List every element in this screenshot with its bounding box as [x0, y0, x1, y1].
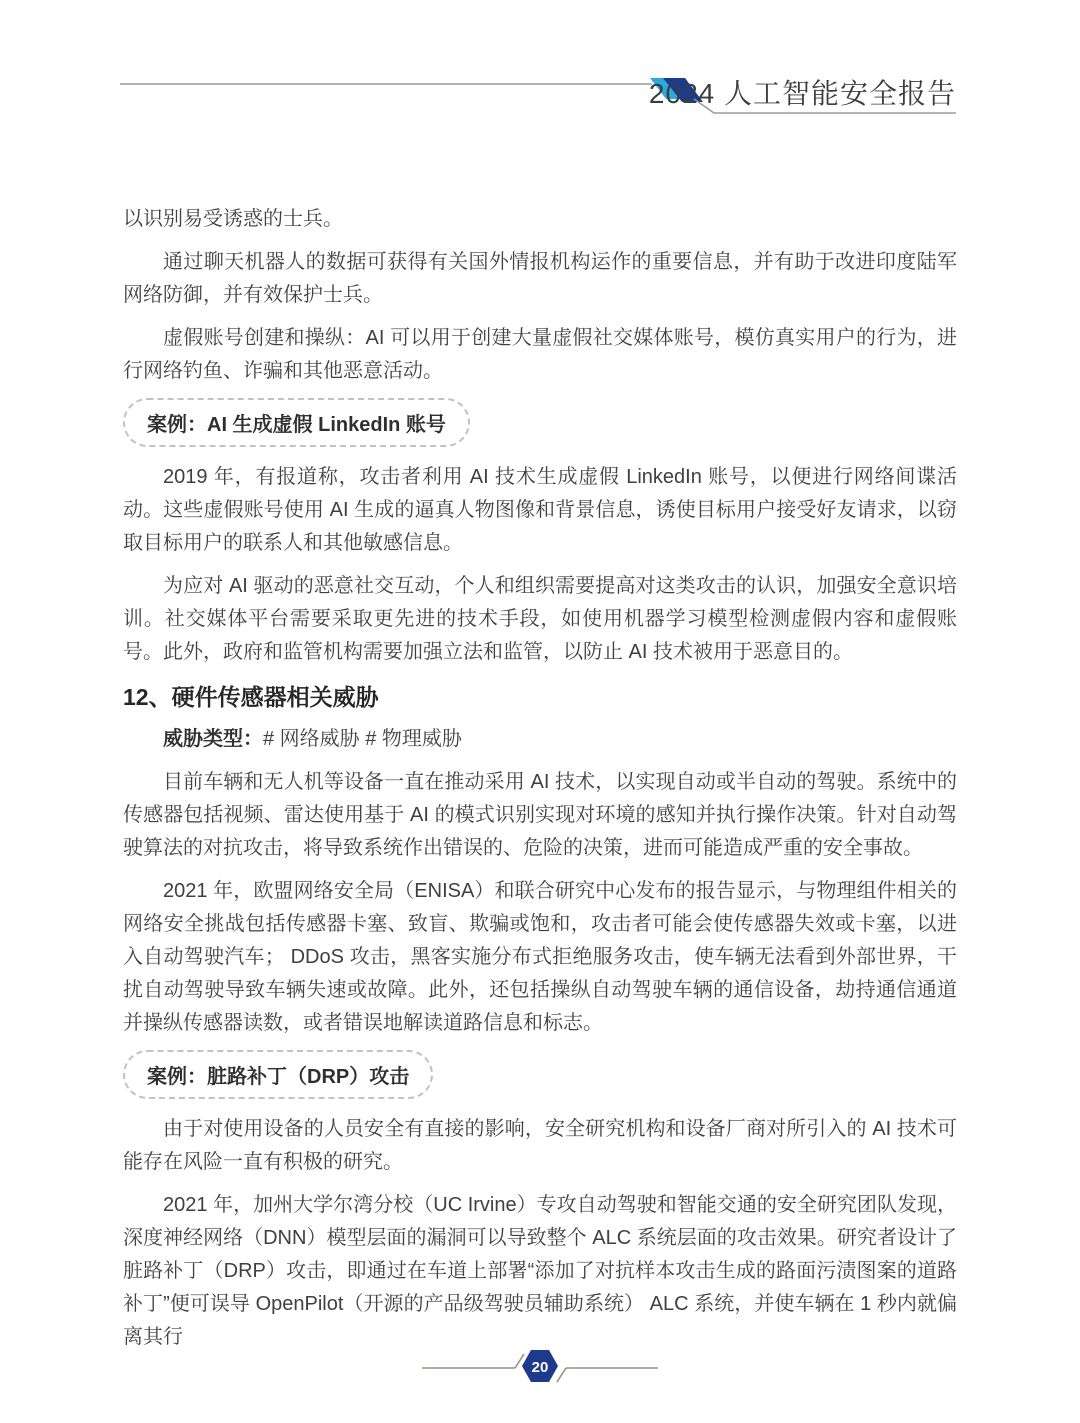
- case-row: 案例：脏路补丁（DRP）攻击: [123, 1050, 957, 1099]
- paragraph-enisa-2021: 2021 年，欧盟网络安全局（ENISA）和联合研究中心发布的报告显示，与物理组…: [123, 875, 957, 1040]
- section-heading-hardware-sensors: 12、硬件传感器相关威胁: [123, 681, 957, 713]
- page-number-graphic: 20: [420, 1343, 660, 1389]
- report-page: 2024 人工智能安全报告 以识别易受诱惑的士兵。 通过聊天机器人的数据可获得有…: [0, 0, 1080, 1423]
- paragraph-safety-research: 由于对使用设备的人员安全有直接的影响，安全研究机构和设备厂商对所引入的 AI 技…: [123, 1113, 957, 1179]
- paragraph-linkedin-2019: 2019 年，有报道称，攻击者利用 AI 技术生成虚假 LinkedIn 账号，…: [123, 461, 957, 560]
- paragraph-countermeasures: 为应对 AI 驱动的恶意社交互动，个人和组织需要提高对这类攻击的认识，加强安全意…: [123, 570, 957, 669]
- page-body: 以识别易受诱惑的士兵。 通过聊天机器人的数据可获得有关国外情报机构运作的重要信息…: [0, 0, 1080, 1364]
- case-row: 案例：AI 生成虚假 LinkedIn 账号: [123, 398, 957, 447]
- case-label-linkedin: 案例：AI 生成虚假 LinkedIn 账号: [123, 398, 470, 447]
- page-number: 20: [532, 1359, 549, 1376]
- threat-type-tags: # 网络威胁 # 物理威胁: [263, 728, 462, 750]
- threat-type-label: 威胁类型：: [163, 728, 263, 750]
- page-footer: 20: [0, 1343, 1080, 1389]
- paragraph-continuation: 以识别易受诱惑的士兵。: [123, 203, 957, 236]
- paragraph-chatbot-data: 通过聊天机器人的数据可获得有关国外情报机构运作的重要信息，并有助于改进印度陆军网…: [123, 246, 957, 312]
- threat-type-line: 威胁类型：# 网络威胁 # 物理威胁: [123, 723, 957, 756]
- case-label-drp-attack: 案例：脏路补丁（DRP）攻击: [123, 1050, 433, 1099]
- paragraph-fake-accounts: 虚假账号创建和操纵：AI 可以用于创建大量虚假社交媒体账号，模仿真实用户的行为，…: [123, 322, 957, 388]
- footer-right-slash: [557, 1368, 566, 1382]
- paragraph-uc-irvine-drp: 2021 年，加州大学尔湾分校（UC Irvine）专攻自动驾驶和智能交通的安全…: [123, 1189, 957, 1354]
- paragraph-vehicle-sensors: 目前车辆和无人机等设备一直在推动采用 AI 技术，以实现自动或半自动的驾驶。系统…: [123, 766, 957, 865]
